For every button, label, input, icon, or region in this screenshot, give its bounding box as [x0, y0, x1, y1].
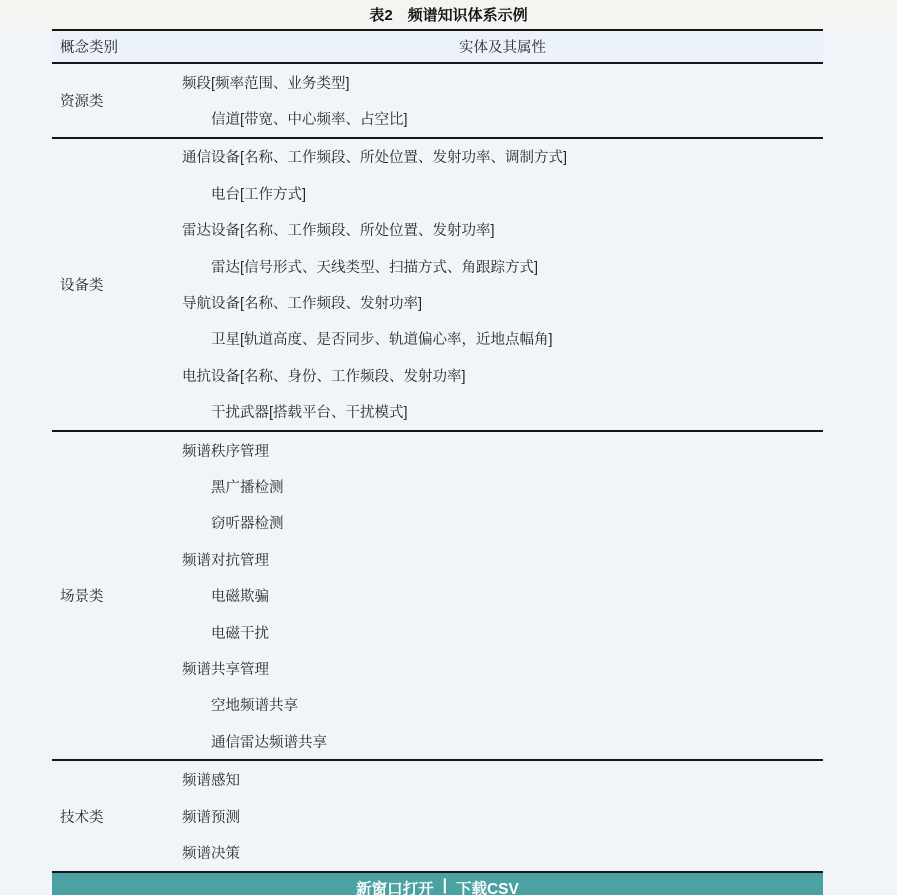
entity-list: 频段[频率范围、业务类型]信道[带宽、中心频率、占空比] — [182, 64, 823, 137]
entity-item: 频谱感知 — [182, 761, 823, 797]
header-entity-attributes: 实体及其属性 — [182, 36, 823, 57]
category-label: 资源类 — [52, 64, 182, 137]
entity-item: 雷达[信号形式、天线类型、扫描方式、角跟踪方式] — [182, 248, 823, 284]
entity-item: 频谱决策 — [182, 834, 823, 870]
table-section: 技术类频谱感知频谱预测频谱决策 — [52, 761, 823, 870]
entity-item: 频谱秩序管理 — [182, 432, 823, 468]
category-label: 设备类 — [52, 139, 182, 430]
entity-item: 电磁干扰 — [182, 614, 823, 650]
table-section: 设备类通信设备[名称、工作频段、所处位置、发射功率、调制方式]电台[工作方式]雷… — [52, 139, 823, 430]
entity-item: 雷达设备[名称、工作频段、所处位置、发射功率] — [182, 212, 823, 248]
header-concept-category: 概念类别 — [52, 36, 182, 57]
download-csv-link[interactable]: 下载CSV — [456, 877, 519, 895]
entity-item: 干扰武器[搭载平台、干扰模式] — [182, 394, 823, 430]
entity-list: 频谱秩序管理黑广播检测窃听器检测频谱对抗管理电磁欺骗电磁干扰频谱共享管理空地频谱… — [182, 432, 823, 760]
table-caption-band: 表2 频谱知识体系示例 — [0, 0, 897, 29]
open-new-window-link[interactable]: 新窗口打开 — [356, 877, 434, 895]
knowledge-table: 概念类别 实体及其属性 资源类频段[频率范围、业务类型]信道[带宽、中心频率、占… — [52, 29, 823, 895]
entity-item: 导航设备[名称、工作频段、发射功率] — [182, 284, 823, 320]
entity-list: 通信设备[名称、工作频段、所处位置、发射功率、调制方式]电台[工作方式]雷达设备… — [182, 139, 823, 430]
table-header-row: 概念类别 实体及其属性 — [52, 31, 823, 62]
entity-item: 通信雷达频谱共享 — [182, 723, 823, 759]
category-label: 场景类 — [52, 432, 182, 760]
entity-item: 信道[带宽、中心频率、占空比] — [182, 100, 823, 136]
table-section: 场景类频谱秩序管理黑广播检测窃听器检测频谱对抗管理电磁欺骗电磁干扰频谱共享管理空… — [52, 432, 823, 760]
table-body: 资源类频段[频率范围、业务类型]信道[带宽、中心频率、占空比]设备类通信设备[名… — [52, 64, 823, 873]
entity-item: 频谱预测 — [182, 798, 823, 834]
entity-item: 频段[频率范围、业务类型] — [182, 64, 823, 100]
entity-item: 黑广播检测 — [182, 468, 823, 504]
entity-item: 电磁欺骗 — [182, 577, 823, 613]
entity-item: 频谱共享管理 — [182, 650, 823, 686]
entity-item: 频谱对抗管理 — [182, 541, 823, 577]
page: 表2 频谱知识体系示例 概念类别 实体及其属性 资源类频段[频率范围、业务类型]… — [0, 0, 897, 895]
entity-item: 电抗设备[名称、身份、工作频段、发射功率] — [182, 357, 823, 393]
entity-item: 空地频谱共享 — [182, 687, 823, 723]
table-title: 表2 频谱知识体系示例 — [369, 4, 527, 25]
entity-list: 频谱感知频谱预测频谱决策 — [182, 761, 823, 870]
table-section: 资源类频段[频率范围、业务类型]信道[带宽、中心频率、占空比] — [52, 64, 823, 137]
entity-item: 窃听器检测 — [182, 505, 823, 541]
entity-item: 电台[工作方式] — [182, 175, 823, 211]
footer-separator: | — [443, 877, 447, 895]
entity-item: 卫星[轨道高度、是否同步、轨道偏心率，近地点幅角] — [182, 321, 823, 357]
table-footer-bar: 新窗口打开 | 下载CSV — [52, 873, 823, 895]
entity-item: 通信设备[名称、工作频段、所处位置、发射功率、调制方式] — [182, 139, 823, 175]
category-label: 技术类 — [52, 761, 182, 870]
